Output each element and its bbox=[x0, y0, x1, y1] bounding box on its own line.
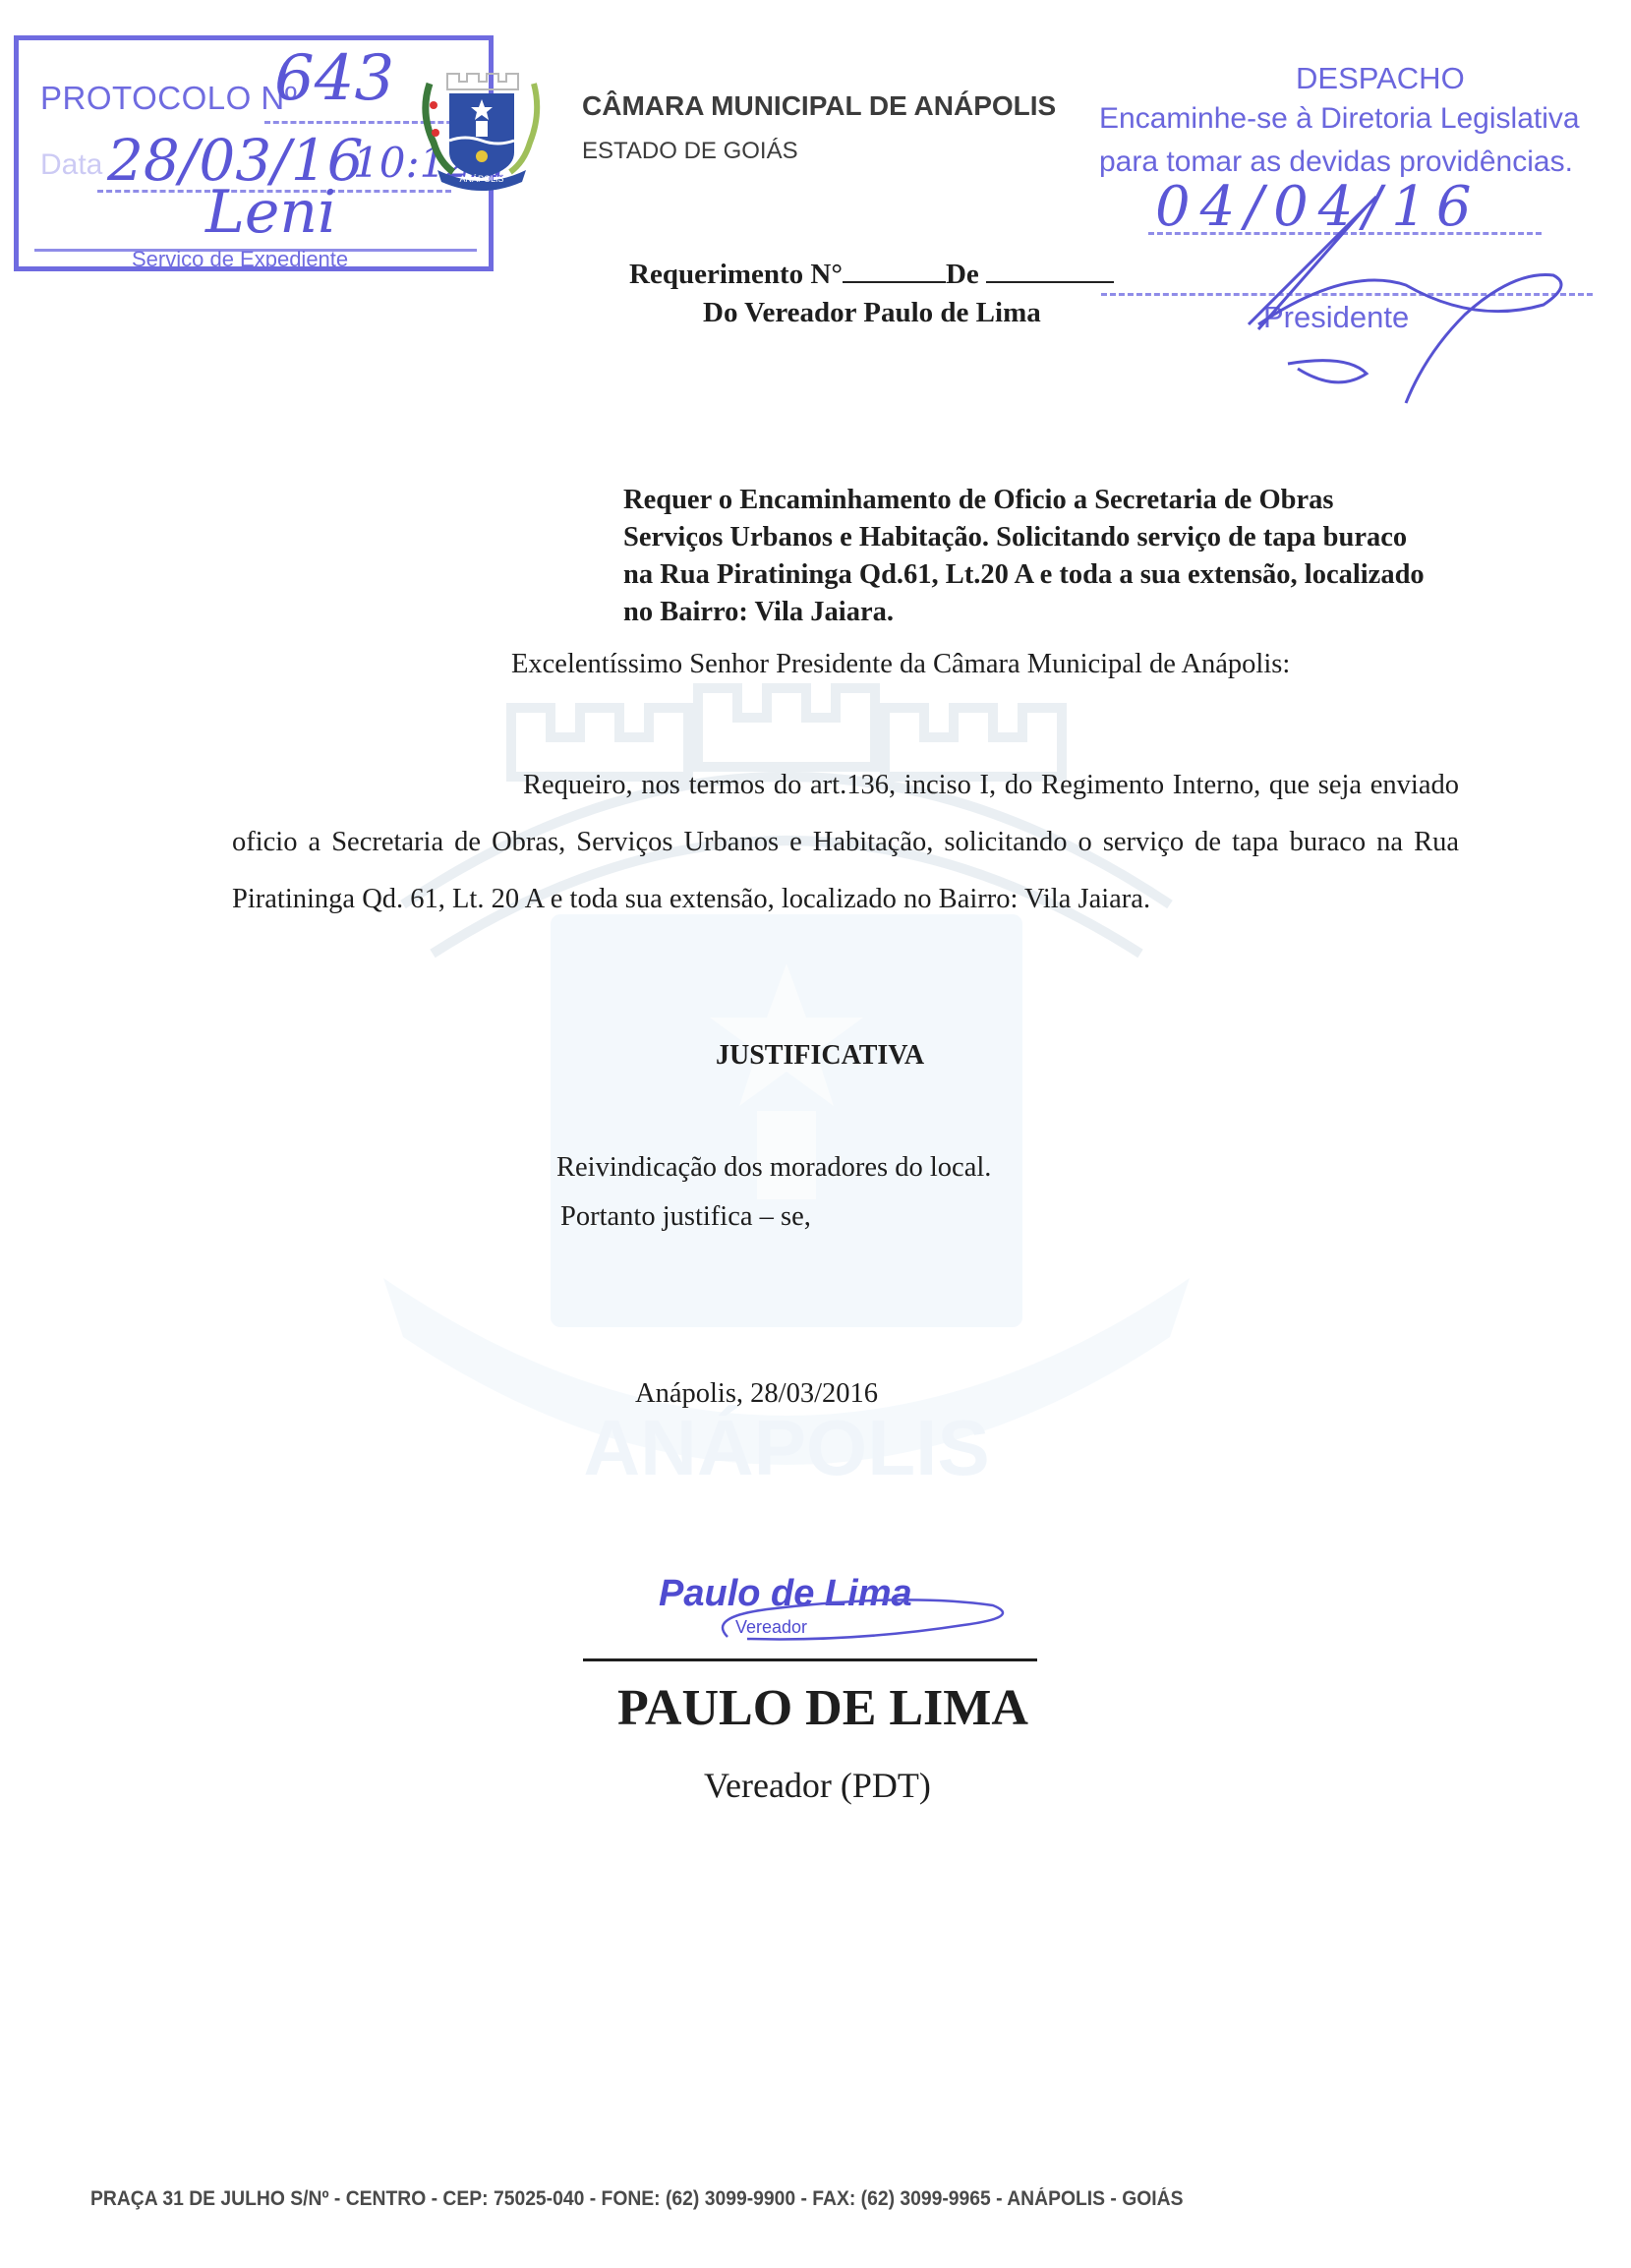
justification-line-2: Portanto justifica – se, bbox=[560, 1201, 811, 1233]
signer-name: PAULO DE LIMA bbox=[617, 1679, 1028, 1737]
coat-of-arms-icon: ANÁPOLIS bbox=[408, 54, 555, 202]
request-body: Requeiro, nos termos do art.136, inciso … bbox=[232, 757, 1459, 928]
requerimento-date-blank bbox=[986, 260, 1114, 283]
signature-line bbox=[583, 1658, 1037, 1661]
protocol-department: Serviço de Expediente bbox=[132, 247, 348, 272]
protocol-date-label: Data bbox=[40, 148, 102, 182]
requerimento-summary: Requer o Encaminhamento de Oficio a Secr… bbox=[623, 482, 1429, 631]
svg-text:ANÁPOLIS: ANÁPOLIS bbox=[459, 174, 503, 184]
protocol-number: 643 bbox=[274, 42, 394, 115]
requerimento-number-label: Requerimento N° bbox=[629, 259, 843, 290]
protocol-label: PROTOCOLO Nº bbox=[40, 80, 297, 117]
despacho-title: DESPACHO bbox=[1296, 61, 1465, 96]
requerimento-of-label: De bbox=[946, 259, 979, 290]
svg-text:ANÁPOLIS: ANÁPOLIS bbox=[583, 1404, 989, 1491]
despacho-line-1: Encaminhe-se à Diretoria Legislativa bbox=[1099, 102, 1580, 136]
place-and-date: Anápolis, 28/03/2016 bbox=[635, 1378, 878, 1410]
protocol-signature: Leni bbox=[205, 178, 336, 247]
requerimento-number-blank bbox=[843, 260, 946, 283]
justification-heading: JUSTIFICATIVA bbox=[716, 1040, 924, 1072]
salutation: Excelentíssimo Senhor Presidente da Câma… bbox=[511, 649, 1290, 680]
despacho-line-2: para tomar as devidas providências. bbox=[1099, 145, 1573, 179]
justification-line-1: Reivindicação dos moradores do local. bbox=[556, 1152, 991, 1184]
signature-scribble bbox=[708, 1588, 1022, 1647]
requerimento-number-line: Requerimento N°De bbox=[629, 259, 1114, 291]
state-name: ESTADO DE GOIÁS bbox=[582, 138, 798, 165]
signer-role: Vereador (PDT) bbox=[704, 1765, 931, 1806]
president-signature-scribble bbox=[1229, 177, 1573, 413]
requerimento-author: Do Vereador Paulo de Lima bbox=[703, 297, 1041, 329]
organization-name: CÂMARA MUNICIPAL DE ANÁPOLIS bbox=[582, 90, 1056, 122]
footer-address: PRAÇA 31 DE JULHO S/Nº - CENTRO - CEP: 7… bbox=[90, 2187, 1183, 2211]
